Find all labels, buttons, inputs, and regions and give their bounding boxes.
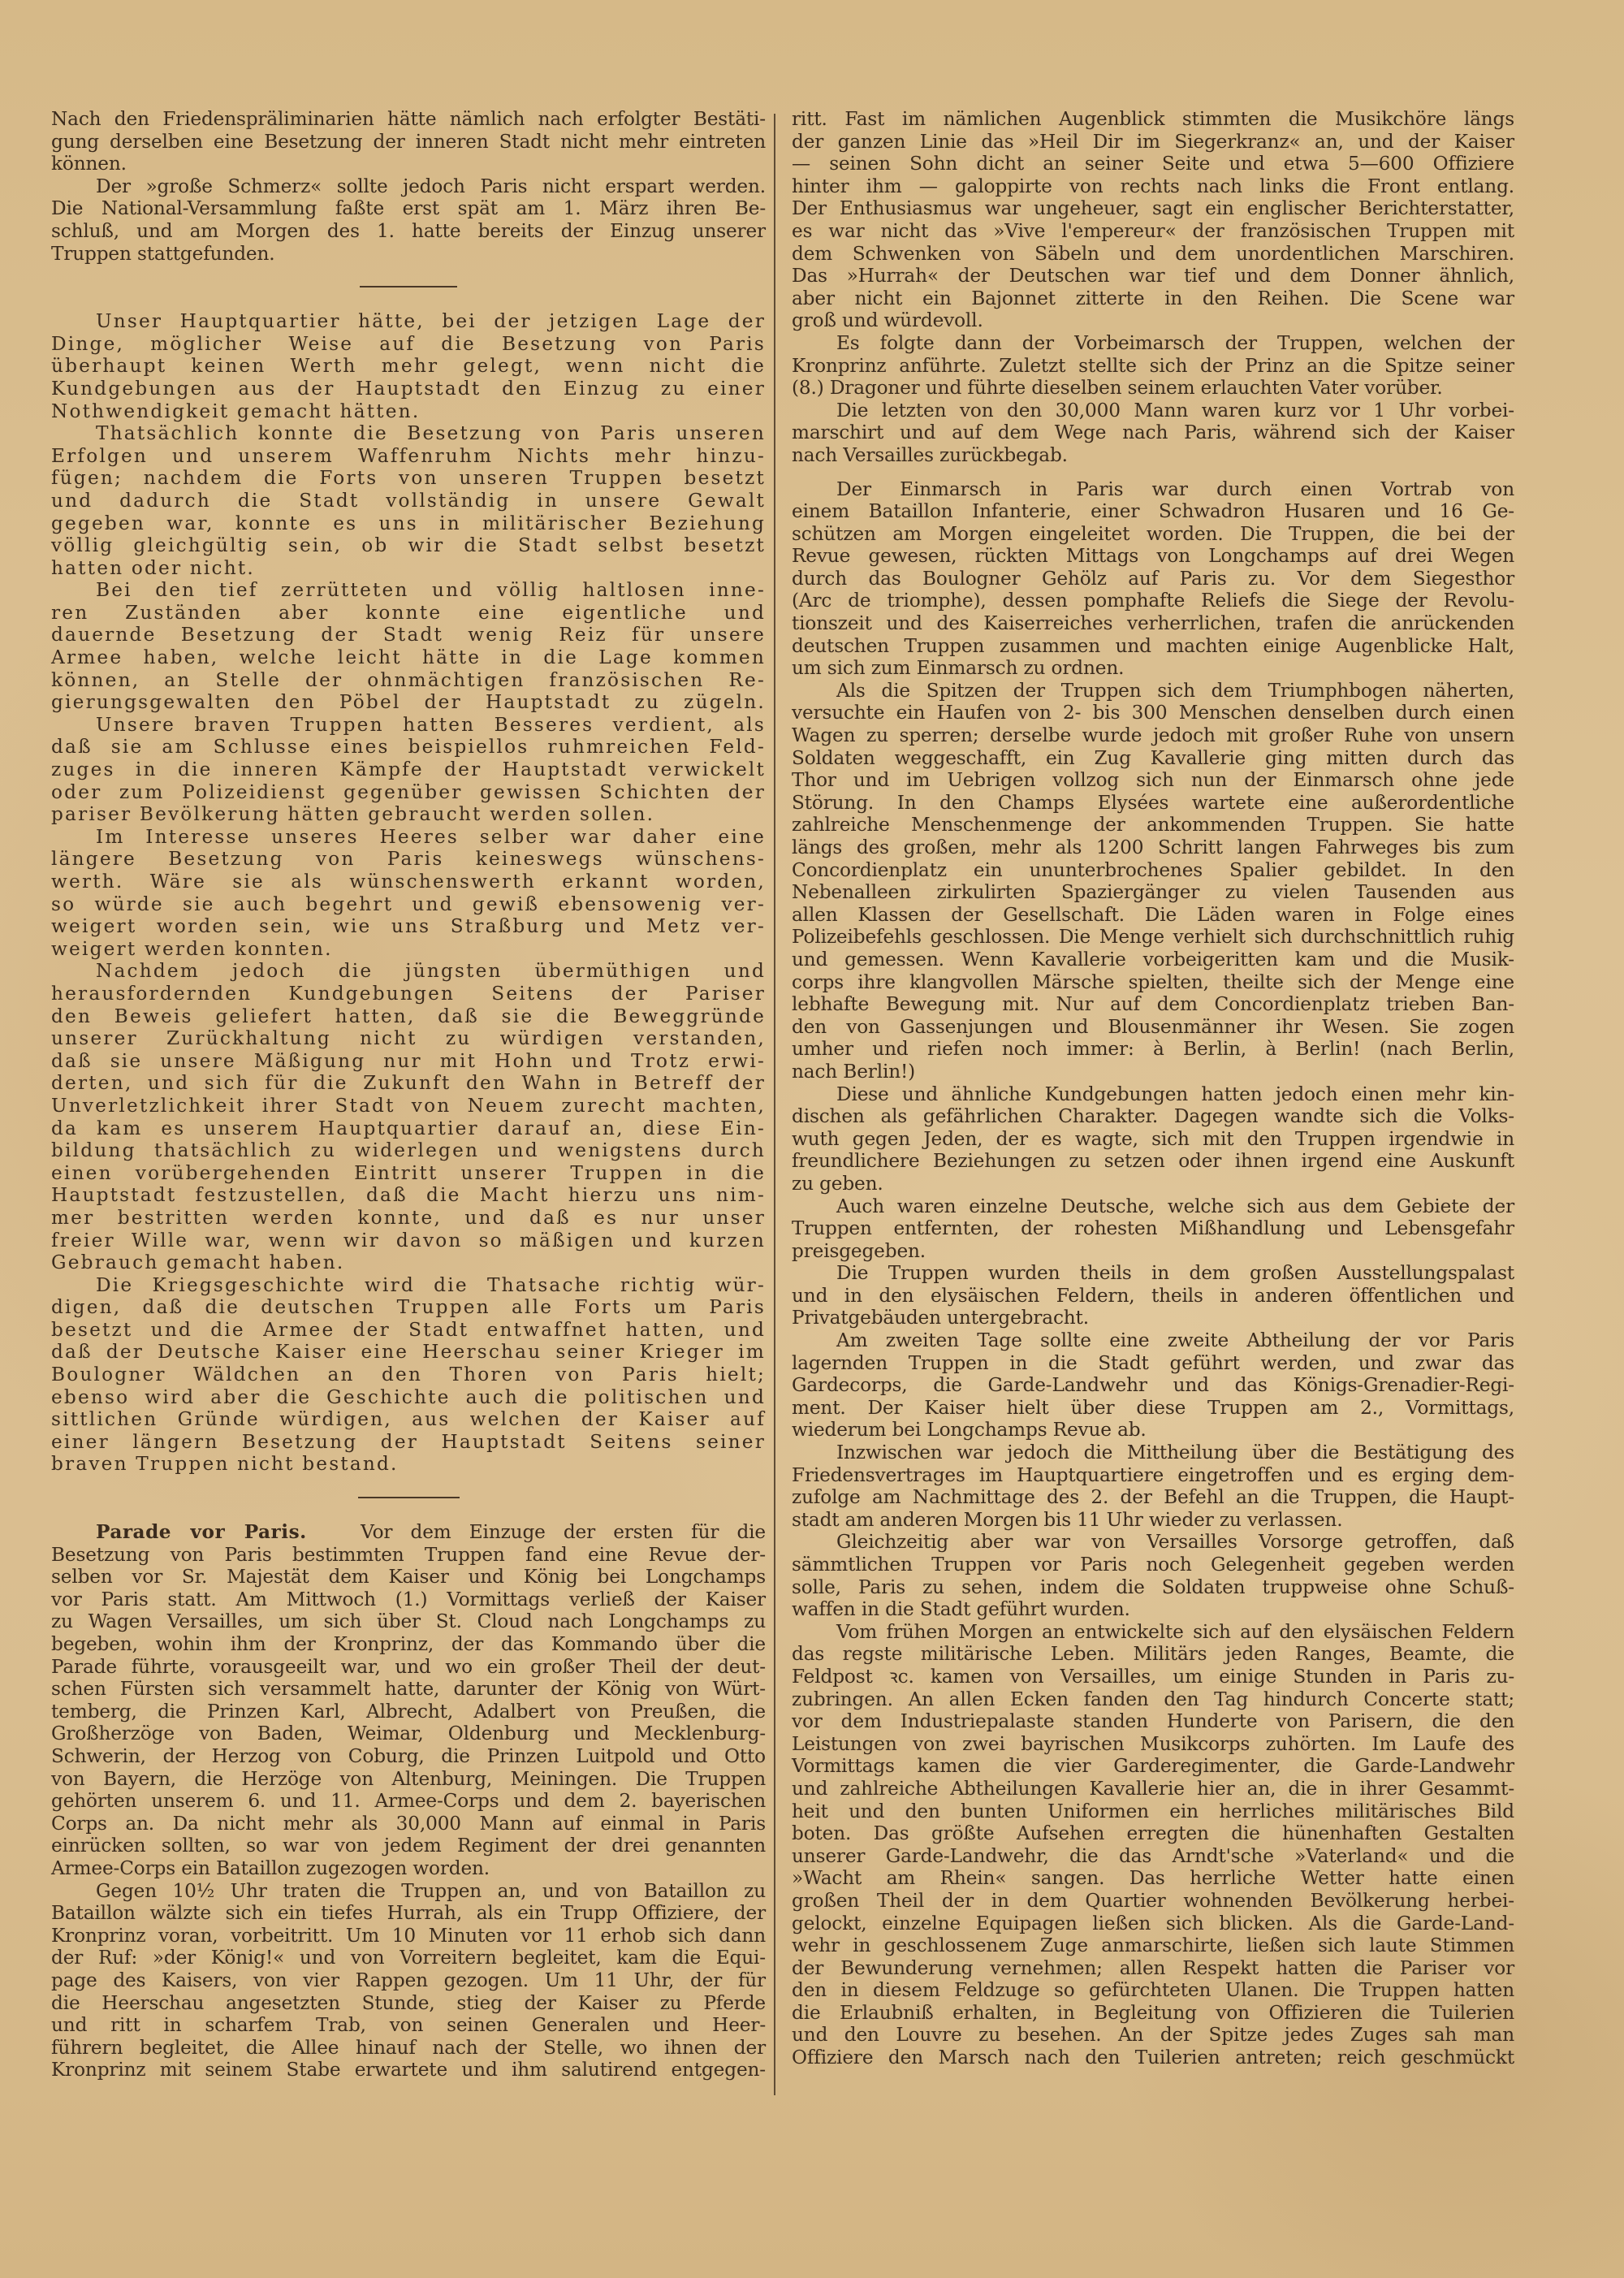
text-line: führern begleitet, die Allee hinauf nach… xyxy=(51,2037,766,2060)
text-line: und den Louvre zu besehen. An der Spitze… xyxy=(792,2024,1514,2047)
text-line: digen, daß die deutschen Truppen alle Fo… xyxy=(51,1296,766,1319)
text-line: Unser Hauptquartier hätte, bei der jetzi… xyxy=(51,310,766,333)
text-line: können, an Stelle der ohnmächtigen franz… xyxy=(51,669,766,692)
text-line: daß sie unsere Mäßigung nur mit Hohn und… xyxy=(51,1050,766,1073)
text-line: Gardecorps, die Garde-Landwehr und das K… xyxy=(792,1374,1514,1397)
text-line: gierungsgewalten den Pöbel der Hauptstad… xyxy=(51,691,766,714)
text-line: können. xyxy=(51,153,766,175)
text-line: Es folgte dann der Vorbeimarsch der Trup… xyxy=(792,332,1514,355)
text-line: Gebrauch gemacht haben. xyxy=(51,1251,766,1274)
text-line: Der Einmarsch in Paris war durch einen V… xyxy=(792,478,1514,501)
text-line: wiederum bei Longchamps Revue ab. xyxy=(792,1419,1514,1442)
text-line: da kam es unserem Hauptquartier darauf a… xyxy=(51,1117,766,1140)
paragraph-kriegsgeschichte: Die Kriegsgeschichte wird die Thatsache … xyxy=(51,1274,766,1476)
text-line: Dinge, möglicher Weise auf die Besetzung… xyxy=(51,333,766,356)
text-line: den in diesem Feldzuge so gefürchteten U… xyxy=(792,1979,1514,2002)
text-line: lagernden Truppen in die Stadt geführt w… xyxy=(792,1352,1514,1375)
text-line: der ganzen Linie das »Heil Dir im Sieger… xyxy=(792,131,1514,153)
paragraph-praeliminarien: Nach den Friedenspräliminarien hätte näm… xyxy=(51,108,766,175)
text-line: Hauptstadt festzustellen, daß die Macht … xyxy=(51,1184,766,1207)
text-line: Vom frühen Morgen an entwickelte sich au… xyxy=(792,1621,1514,1644)
text-line: Concordienplatz ein ununterbrochenes Spa… xyxy=(792,859,1514,882)
text-line: deutschen Truppen zusammen und machten e… xyxy=(792,635,1514,658)
text-line: das regste militärische Leben. Militärs … xyxy=(792,1643,1514,1666)
paragraph-kundgebungen: Diese und ähnliche Kundgebungen hatten j… xyxy=(792,1083,1514,1195)
paragraph-triumphbogen: Als die Spitzen der Truppen sich dem Tri… xyxy=(792,680,1514,1083)
text-line: begeben, wohin ihm der Kronprinz, der da… xyxy=(51,1633,766,1656)
text-line: Parade führte, vorausgeeilt war, und wo … xyxy=(51,1656,766,1679)
text-line: herausfordernden Kundgebungen Seitens de… xyxy=(51,983,766,1005)
text-fragment: Vor dem Einzuge der ersten für die xyxy=(361,1521,766,1543)
text-line: derten, und sich für die Zukunft den Wah… xyxy=(51,1072,766,1095)
text-line: es war nicht das »Vive l'empereur« der f… xyxy=(792,220,1514,243)
text-line: nach Versailles zurückbegab. xyxy=(792,444,1514,467)
text-line: die Erlaubniß erhalten, in Begleitung vo… xyxy=(792,2002,1514,2025)
paragraph-einmarsch: Der Einmarsch in Paris war durch einen V… xyxy=(792,478,1514,680)
text-line: Unverletzlichkeit ihrer Stadt von Neuem … xyxy=(51,1095,766,1117)
text-line: bildung thatsächlich zu widerlegen und w… xyxy=(51,1139,766,1162)
paragraph-parade-vor-paris: Parade vor Paris. Vor dem Einzuge der er… xyxy=(51,1521,766,1880)
text-line: Thor und im Uebrigen vollzog sich nun de… xyxy=(792,769,1514,792)
text-line: Armee haben, welche leicht hätte in die … xyxy=(51,646,766,669)
text-line: Boulogner Wäldchen an den Thoren von Par… xyxy=(51,1364,766,1386)
text-line: Kronprinz mit seinem Stabe erwartete und… xyxy=(51,2059,766,2081)
text-line: ebenso wird aber die Geschichte auch die… xyxy=(51,1386,766,1409)
text-line: Nach den Friedenspräliminarien hätte näm… xyxy=(51,108,766,131)
text-line: Unsere braven Truppen hatten Besseres ve… xyxy=(51,714,766,737)
paragraph-einzelne-deutsche: Auch waren einzelne Deutsche, welche sic… xyxy=(792,1195,1514,1263)
text-line: und zahlreiche Abtheilungen Kavallerie h… xyxy=(792,1778,1514,1800)
text-line: zahlreiche Menschenmenge der ankommenden… xyxy=(792,814,1514,836)
text-line: freundlichere Beziehungen zu setzen oder… xyxy=(792,1150,1514,1173)
paragraph-grosse-schmerz: Der »große Schmerz« sollte jedoch Paris … xyxy=(51,175,766,265)
paragraph-interesse: Im Interesse unseres Heeres selber war d… xyxy=(51,826,766,961)
text-line: Besetzung von Paris bestimmten Truppen f… xyxy=(51,1544,766,1567)
text-line: oder zum Polizeidienst gegenüber gewisse… xyxy=(51,781,766,804)
text-line: (Arc de triomphe), dessen pomphafte Reli… xyxy=(792,590,1514,612)
text-line: Inzwischen war jedoch die Mittheilung üb… xyxy=(792,1442,1514,1464)
paragraph-vorbeimarsch: Es folgte dann der Vorbeimarsch der Trup… xyxy=(792,332,1514,400)
text-line: Als die Spitzen der Truppen sich dem Tri… xyxy=(792,680,1514,702)
text-line: sittlichen Gründe würdigen, aus welchen … xyxy=(51,1408,766,1431)
text-line: zubringen. An allen Ecken fanden den Tag… xyxy=(792,1688,1514,1711)
newspaper-page: Nach den Friedenspräliminarien hätte näm… xyxy=(0,0,1624,2278)
paragraph-gleichzeitig: Gleichzeitig aber war von Versailles Vor… xyxy=(792,1531,1514,1620)
text-line: Störung. In den Champs Elysées wartete e… xyxy=(792,792,1514,815)
text-line: besetzt und die Armee der Stadt entwaffn… xyxy=(51,1319,766,1342)
text-line: und ritt in scharfem Trab, von seinen Ge… xyxy=(51,2014,766,2037)
text-line: Die Truppen wurden theils in dem großen … xyxy=(792,1262,1514,1285)
text-line: dauernde Besetzung der Stadt wenig Reiz … xyxy=(51,624,766,646)
text-line: längs des großen, mehr als 1200 Schritt … xyxy=(792,836,1514,859)
text-line: hatten oder nicht. xyxy=(51,557,766,580)
text-line: Diese und ähnliche Kundgebungen hatten j… xyxy=(792,1083,1514,1106)
text-line: allen Klassen der Gesellschaft. Die Läde… xyxy=(792,904,1514,927)
text-line: Leistungen von zwei bayrischen Musikcorp… xyxy=(792,1733,1514,1756)
text-line: Das »Hurrah« der Deutschen war tief und … xyxy=(792,265,1514,287)
text-line: mer bestritten werden konnte, und daß es… xyxy=(51,1207,766,1230)
text-line: schluß, und am Morgen des 1. hatte berei… xyxy=(51,220,766,243)
text-line: durch das Boulogner Gehölz auf Paris zu.… xyxy=(792,568,1514,590)
text-line: dem Schwenken von Säbeln und dem unorden… xyxy=(792,243,1514,266)
text-line: stadt am anderen Morgen bis 11 Uhr wiede… xyxy=(792,1509,1514,1532)
text-line: überhaupt keinen Werth mehr gelegt, wenn… xyxy=(51,355,766,378)
text-line: zu Wagen Versailles, um sich über St. Cl… xyxy=(51,1610,766,1633)
paragraph-fruehen-morgen: Vom frühen Morgen an entwickelte sich au… xyxy=(792,1621,1514,2069)
text-line: zufolge am Nachmittage des 2. der Befehl… xyxy=(792,1486,1514,1509)
text-line: Truppen entfernten, der rohesten Mißhand… xyxy=(792,1217,1514,1240)
text-line: Bei den tief zerrütteten und völlig halt… xyxy=(51,579,766,602)
text-line: den von Gassenjungen und Blousenmänner i… xyxy=(792,1016,1514,1039)
text-line: zuges in die inneren Kämpfe der Hauptsta… xyxy=(51,759,766,781)
text-line: aber nicht ein Bajonnet zitterte in den … xyxy=(792,287,1514,310)
text-line: »Wacht am Rhein« sangen. Das herrliche W… xyxy=(792,1867,1514,1890)
text-line: (8.) Dragoner und führte dieselben seine… xyxy=(792,377,1514,400)
text-line: die Heerschau angesetzten Stunde, stieg … xyxy=(51,1992,766,2015)
section-heading: Parade vor Paris. xyxy=(96,1521,307,1543)
text-line: Im Interesse unseres Heeres selber war d… xyxy=(51,826,766,849)
text-line: Kronprinz voran, vorbeitritt. Um 10 Minu… xyxy=(51,1925,766,1947)
text-line: und dadurch die Stadt vollständig in uns… xyxy=(51,490,766,512)
text-line: unserer Zurückhaltung nicht zu würdigen … xyxy=(51,1027,766,1050)
paragraph-gegen-halb-elf: Gegen 10½ Uhr traten die Truppen an, und… xyxy=(51,1880,766,2081)
text-line: Großherzöge von Baden, Weimar, Oldenburg… xyxy=(51,1723,766,1745)
text-line: pariser Bevölkerung hätten gebraucht wer… xyxy=(51,803,766,826)
paragraph-hauptquartier: Unser Hauptquartier hätte, bei der jetzi… xyxy=(51,310,766,422)
text-line: der Bewunderung vernehmen; allen Respekt… xyxy=(792,1957,1514,1980)
right-column: ritt. Fast im nämlichen Augenblick stimm… xyxy=(792,108,1514,2069)
text-line: Revue gewesen, rückten Mittags von Longc… xyxy=(792,545,1514,568)
text-line: braven Truppen nicht bestand. xyxy=(51,1453,766,1476)
text-line: ren Zuständen aber konnte eine eigentlic… xyxy=(51,602,766,625)
text-line: und gemessen. Wenn Kavallerie vorbeigeri… xyxy=(792,949,1514,971)
text-line: einen vorübergehenden Eintritt unserer T… xyxy=(51,1162,766,1185)
text-line: Die National-Versammlung faßte erst spät… xyxy=(51,197,766,220)
text-line: daß sie am Schlusse eines beispiellos ru… xyxy=(51,736,766,759)
text-line: Der »große Schmerz« sollte jedoch Paris … xyxy=(51,175,766,198)
text-line: Privatgebäuden untergebracht. xyxy=(792,1307,1514,1329)
text-line: der Ruf: »der König!« und von Vorreitern… xyxy=(51,1947,766,1969)
text-line: gelockt, einzelne Equipagen ließen sich … xyxy=(792,1913,1514,1935)
text-line: Schwerin, der Herzog von Coburg, die Pri… xyxy=(51,1745,766,1768)
text-line: unserer Garde-Landwehr, die das Arndt'sc… xyxy=(792,1845,1514,1868)
text-line: so würde sie auch begehrt und gewiß eben… xyxy=(51,893,766,916)
text-line: waffen in die Stadt geführt wurden. xyxy=(792,1598,1514,1621)
text-line: Kundgebungen aus der Hauptstadt den Einz… xyxy=(51,378,766,400)
text-line: temberg, die Prinzen Karl, Albrecht, Ada… xyxy=(51,1701,766,1723)
column-divider xyxy=(774,114,775,2095)
text-line: Armee-Corps ein Bataillon zugezogen word… xyxy=(51,1857,766,1880)
text-line: ment. Der Kaiser hielt über diese Truppe… xyxy=(792,1397,1514,1420)
text-line: weigert worden sein, wie uns Straßburg u… xyxy=(51,915,766,938)
text-line: Friedensvertrages im Hauptquartiere eing… xyxy=(792,1464,1514,1487)
text-line: Die Kriegsgeschichte wird die Thatsache … xyxy=(51,1274,766,1297)
text-line: umher und riefen noch immer: à Berlin, à… xyxy=(792,1038,1514,1061)
paragraph-nachdem: Nachdem jedoch die jüngsten übermüthigen… xyxy=(51,960,766,1273)
text-line: zu geben. xyxy=(792,1173,1514,1195)
text-line: Truppen stattgefunden. xyxy=(51,243,766,266)
text-line: und in den elysäischen Feldern, theils i… xyxy=(792,1285,1514,1308)
text-line: von Bayern, die Herzöge von Altenburg, M… xyxy=(51,1768,766,1791)
text-line: einrücken sollten, so war von jedem Regi… xyxy=(51,1835,766,1857)
paragraph-heil-dir: ritt. Fast im nämlichen Augenblick stimm… xyxy=(792,108,1514,332)
text-line: vor Paris statt. Am Mittwoch (1.) Vormit… xyxy=(51,1589,766,1611)
text-line: Soldaten weggeschafft, ein Zug Kavalleri… xyxy=(792,747,1514,770)
text-line: völlig gleichgültig sein, ob wir die Sta… xyxy=(51,534,766,557)
text-line: Am zweiten Tage sollte eine zweite Abthe… xyxy=(792,1329,1514,1352)
text-line: Erfolgen und unserem Waffenruhm Nichts m… xyxy=(51,445,766,468)
text-line: schützen am Morgen eingeleitet worden. D… xyxy=(792,523,1514,546)
text-line: hinter ihm — galoppirte von rechts nach … xyxy=(792,175,1514,198)
text-line: Feldpost ꝛc. kamen von Versailles, um ei… xyxy=(792,1666,1514,1688)
paragraph-braven-truppen: Unsere braven Truppen hatten Besseres ve… xyxy=(51,714,766,826)
text-line: heit und den bunten Uniformen ein herrli… xyxy=(792,1800,1514,1823)
text-line: groß und würdevoll. xyxy=(792,309,1514,332)
paragraph-zerruetteten: Bei den tief zerrütteten und völlig halt… xyxy=(51,579,766,714)
text-line: boten. Das größte Aufsehen erregten die … xyxy=(792,1822,1514,1845)
text-line: Corps an. Da nicht mehr als 30,000 Mann … xyxy=(51,1813,766,1835)
text-line: wuth gegen Jeden, der es wagte, sich mit… xyxy=(792,1128,1514,1151)
text-line: dischen als gefährlichen Charakter. Dage… xyxy=(792,1105,1514,1128)
text-line: corps ihre klangvollen Märsche spielten,… xyxy=(792,971,1514,994)
text-line: sämmtlichen Truppen vor Paris noch Geleg… xyxy=(792,1554,1514,1576)
text-line: Kronprinz anführte. Zuletzt stellte sich… xyxy=(792,355,1514,378)
text-line: tionszeit und des Kaiserreiches verherrl… xyxy=(792,612,1514,635)
left-column: Nach den Friedenspräliminarien hätte näm… xyxy=(51,108,766,2081)
text-line: nach Berlin!) xyxy=(792,1061,1514,1083)
text-line: fügen; nachdem die Forts von unseren Tru… xyxy=(51,467,766,490)
text-line: freier Wille war, wenn wir davon so mäßi… xyxy=(51,1230,766,1252)
spacer xyxy=(792,467,1514,478)
text-line: vor dem Industriepalaste standen Hundert… xyxy=(792,1710,1514,1733)
text-line: Der Enthusiasmus war ungeheuer, sagt ein… xyxy=(792,197,1514,220)
text-line: marschirt und auf dem Wege nach Paris, w… xyxy=(792,421,1514,444)
text-line: schen Fürsten sich versammelt hatte, dar… xyxy=(51,1678,766,1701)
paragraph-untergebracht: Die Truppen wurden theils in dem großen … xyxy=(792,1262,1514,1329)
text-line: Nebenalleen zirkulirten Spaziergänger zu… xyxy=(792,881,1514,904)
text-line: — seinen Sohn dicht an seiner Seite und … xyxy=(792,153,1514,175)
text-line: preisgegeben. xyxy=(792,1240,1514,1263)
text-line: versuchte ein Haufen von 2- bis 300 Mens… xyxy=(792,702,1514,724)
text-line: daß der Deutsche Kaiser eine Heerschau s… xyxy=(51,1341,766,1364)
text-line: um sich zum Einmarsch zu ordnen. xyxy=(792,657,1514,680)
text-line: wehr in geschlossenem Zuge anmarschirte,… xyxy=(792,1934,1514,1957)
text-line: gehörten unserem 6. und 11. Armee-Corps … xyxy=(51,1790,766,1813)
text-line: ritt. Fast im nämlichen Augenblick stimm… xyxy=(792,108,1514,131)
text-line: page des Kaisers, von vier Rappen gezoge… xyxy=(51,1969,766,1992)
text-line: Die letzten von den 30,000 Mann waren ku… xyxy=(792,400,1514,422)
text-line: Bataillon wälzte sich ein tiefes Hurrah,… xyxy=(51,1902,766,1925)
text-line: Offiziere den Marsch nach den Tuilerien … xyxy=(792,2047,1514,2069)
text-line: längere Besetzung von Paris keineswegs w… xyxy=(51,848,766,871)
text-line: solle, Paris zu sehen, indem die Soldate… xyxy=(792,1576,1514,1599)
text-line: selben vor Sr. Majestät dem Kaiser und K… xyxy=(51,1566,766,1589)
text-line: den Beweis geliefert hatten, daß sie die… xyxy=(51,1005,766,1028)
section-divider xyxy=(360,286,457,287)
text-line: einer längern Besetzung der Hauptstadt S… xyxy=(51,1431,766,1454)
text-line: lebhafte Bewegung mit. Nur auf dem Conco… xyxy=(792,993,1514,1016)
text-line: werth. Wäre sie als wünschenswerth erkan… xyxy=(51,871,766,893)
text-line: weigert werden konnten. xyxy=(51,938,766,961)
text-line: Thatsächlich konnte die Besetzung von Pa… xyxy=(51,422,766,445)
text-line: Nachdem jedoch die jüngsten übermüthigen… xyxy=(51,960,766,983)
text-line: großen Theil der in dem Quartier wohnend… xyxy=(792,1890,1514,1913)
paragraph-friedensvertrag: Inzwischen war jedoch die Mittheilung üb… xyxy=(792,1442,1514,1531)
text-line: Polizeibefehls geschlossen. Die Menge ve… xyxy=(792,926,1514,949)
paragraph-zweiten-tage: Am zweiten Tage sollte eine zweite Abthe… xyxy=(792,1329,1514,1442)
text-line: Gegen 10½ Uhr traten die Truppen an, und… xyxy=(51,1880,766,1903)
section-divider xyxy=(358,1497,460,1498)
text-line: Nothwendigkeit gemacht hätten. xyxy=(51,400,766,423)
text-line: Auch waren einzelne Deutsche, welche sic… xyxy=(792,1195,1514,1218)
text-line: gegeben war, konnte es uns in militärisc… xyxy=(51,512,766,535)
text-line: gung derselben eine Besetzung der innere… xyxy=(51,131,766,153)
text-line: Vormittags kamen die vier Garderegimente… xyxy=(792,1755,1514,1778)
paragraph-thatsaechlich: Thatsächlich konnte die Besetzung von Pa… xyxy=(51,422,766,579)
text-line: Gleichzeitig aber war von Versailles Vor… xyxy=(792,1531,1514,1554)
paragraph-letzten: Die letzten von den 30,000 Mann waren ku… xyxy=(792,400,1514,467)
text-line: Parade vor Paris. Vor dem Einzuge der er… xyxy=(51,1521,766,1544)
text-line: einem Bataillon Infanterie, einer Schwad… xyxy=(792,500,1514,523)
text-line: Wagen zu sperren; derselbe wurde jedoch … xyxy=(792,724,1514,747)
